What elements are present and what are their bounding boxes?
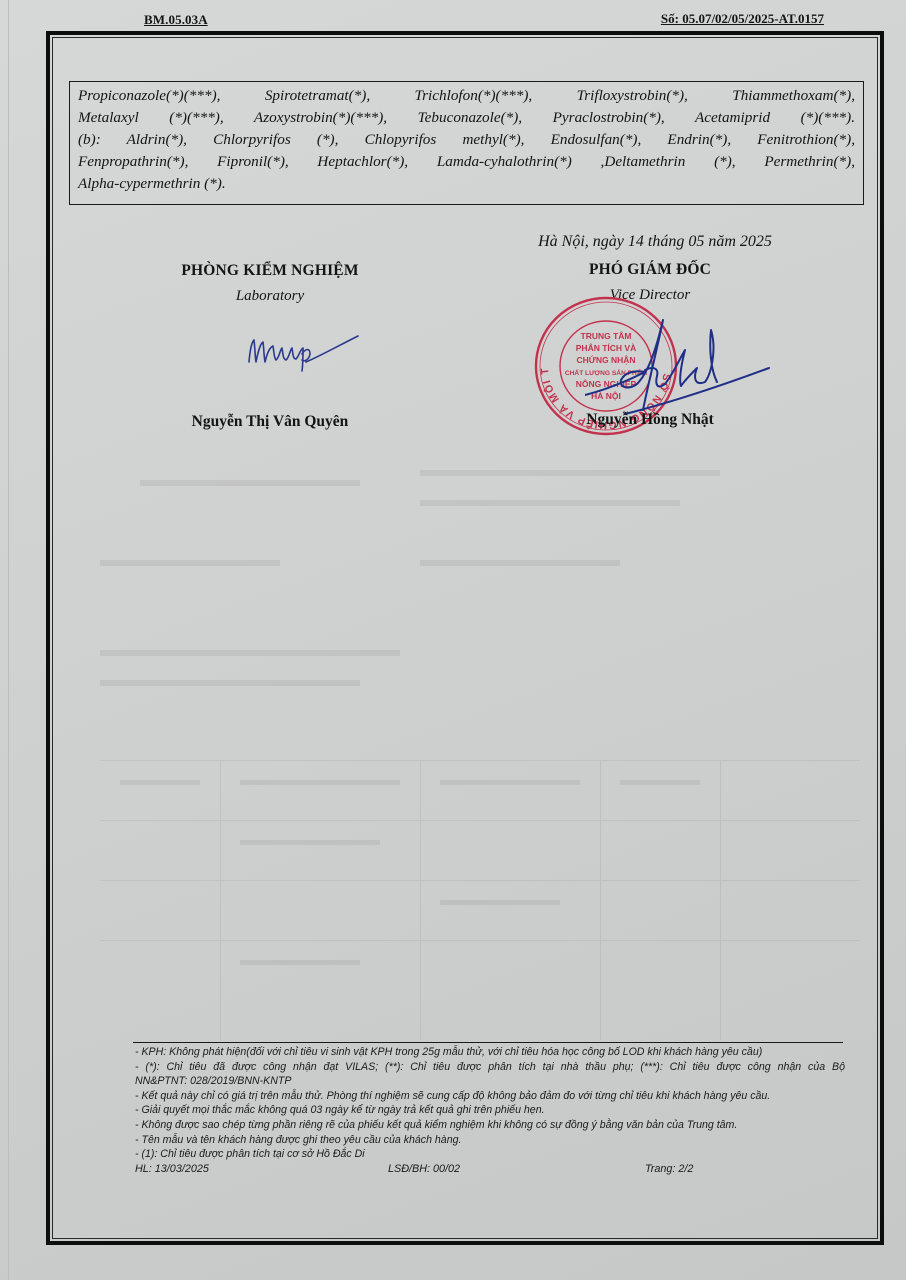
- document-number: Số: 05.07/02/05/2025-AT.0157: [661, 11, 824, 27]
- footer-divider: [133, 1042, 843, 1043]
- laboratory-signature-icon: [246, 332, 362, 372]
- issue-date: HL: 13/03/2025: [135, 1163, 209, 1175]
- laboratory-title: PHÒNG KIỂM NGHIỆM: [130, 262, 410, 280]
- footer-note: NN&PTNT: 028/2019/BNN-KNTP: [135, 1074, 845, 1089]
- analyte-line: Metalaxyl (*)(***), Azoxystrobin(*)(***)…: [78, 107, 855, 129]
- revision-number: LSĐ/BH: 00/02: [388, 1163, 460, 1175]
- footer-note: - KPH: Không phát hiện(đối với chỉ tiêu …: [135, 1045, 845, 1060]
- laboratory-subtitle: Laboratory: [130, 288, 410, 305]
- footer-note: - Tên mẫu và tên khách hàng được ghi the…: [135, 1133, 845, 1148]
- vice-director-signer-name: Nguyễn Hồng Nhật: [510, 411, 790, 429]
- footer-note: - Kết quả này chỉ có giá trị trên mẫu th…: [135, 1089, 845, 1104]
- place-date-line: Hà Nội, ngày 14 tháng 05 năm 2025: [470, 233, 840, 251]
- analyte-line: Fenpropathrin(*), Fipronil(*), Heptachlo…: [78, 151, 855, 173]
- form-code: BM.05.03A: [144, 12, 208, 28]
- page-number: Trang: 2/2: [645, 1163, 693, 1175]
- laboratory-signature-block: PHÒNG KIỂM NGHIỆM Laboratory: [130, 262, 410, 305]
- analyte-line: (b): Aldrin(*), Chlorpyrifos (*), Chlopy…: [78, 129, 855, 151]
- analyte-line: Alpha-cypermethrin (*).: [78, 173, 855, 195]
- footer-note: - Không được sao chép từng phần riêng rẽ…: [135, 1118, 845, 1133]
- footer-note: - (1): Chỉ tiêu được phân tích tại cơ sở…: [135, 1147, 845, 1162]
- footer-notes: - KPH: Không phát hiện(đối với chỉ tiêu …: [135, 1045, 845, 1162]
- analyte-line: Propiconazole(*)(***), Spirotetramat(*),…: [78, 85, 855, 107]
- footer-note: - (*): Chỉ tiêu đã được công nhận đạt VI…: [135, 1060, 845, 1075]
- vice-director-title: PHÓ GIÁM ĐỐC: [510, 261, 790, 279]
- footer-note: - Giải quyết mọi thắc mắc không quá 03 n…: [135, 1103, 845, 1118]
- laboratory-signer-name: Nguyễn Thị Vân Quyên: [130, 413, 410, 431]
- analyte-list-box: Propiconazole(*)(***), Spirotetramat(*),…: [69, 81, 864, 205]
